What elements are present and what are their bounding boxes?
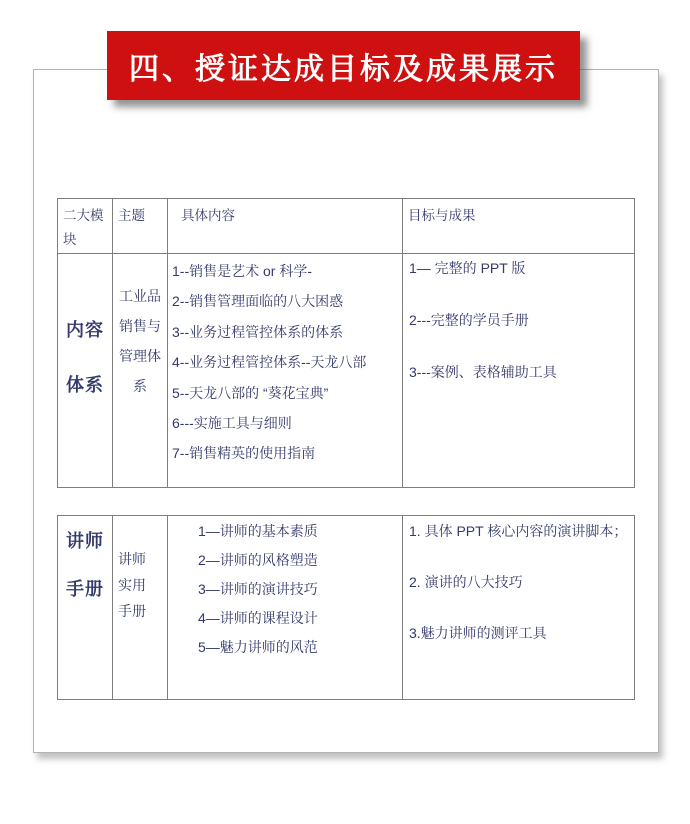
goals-cell: 1— 完整的 PPT 版 2---完整的学员手册 3---案例、表格辅助工具 xyxy=(403,254,635,488)
content-item: 1--销售是艺术 or 科学- xyxy=(172,256,398,286)
table-header-row: 二大模 块 主题 具体内容 目标与成果 xyxy=(58,199,635,254)
goal-item: 2---完整的学员手册 xyxy=(409,309,628,361)
goals-cell: 1. 具体 PPT 核心内容的演讲脚本； 2. 演讲的八大技巧 3.魅力讲师的测… xyxy=(403,516,635,700)
goal-item: 3---案例、表格辅助工具 xyxy=(409,361,628,413)
header-content: 具体内容 xyxy=(168,199,403,254)
title-banner: 四、授证达成目标及成果展示 xyxy=(107,31,580,100)
content-item: 4—讲师的课程设计 xyxy=(198,604,402,633)
goal-item: 3.魅力讲师的测评工具 xyxy=(409,622,628,673)
module-cell: 内容 体系 xyxy=(58,254,113,488)
table-row: 内容 体系 工业品 销售与 管理体 系 1--销售是艺术 or 科学- 2--销… xyxy=(58,254,635,488)
content-cell: 1—讲师的基本素质 2—讲师的风格塑造 3—讲师的演讲技巧 4—讲师的课程设计 … xyxy=(168,516,403,700)
goal-item: 1— 完整的 PPT 版 xyxy=(409,257,628,309)
header-goals: 目标与成果 xyxy=(403,199,635,254)
content-cell: 1--销售是艺术 or 科学- 2--销售管理面临的八大困惑 3--业务过程管控… xyxy=(168,254,403,488)
content-item: 2—讲师的风格塑造 xyxy=(198,546,402,575)
slide-canvas: 四、授证达成目标及成果展示 二大模 块 主题 具体内容 目标与成果 内容 体系 … xyxy=(0,0,690,824)
page-title: 四、授证达成目标及成果展示 xyxy=(129,44,558,88)
topic-cell: 讲师 实用 手册 xyxy=(113,516,168,700)
content-item: 4--业务过程管控体系--天龙八部 xyxy=(172,347,398,377)
table-row: 讲师 手册 讲师 实用 手册 1—讲师的基本素质 2—讲师的风格塑造 3—讲师的… xyxy=(58,516,635,700)
header-module: 二大模 块 xyxy=(58,199,113,254)
content-item: 1—讲师的基本素质 xyxy=(198,517,402,546)
content-item: 3--业务过程管控体系的体系 xyxy=(172,317,398,347)
content-item: 7--销售精英的使用指南 xyxy=(172,438,398,468)
content-item: 5—魅力讲师的风范 xyxy=(198,633,402,662)
lecturer-manual-table: 讲师 手册 讲师 实用 手册 1—讲师的基本素质 2—讲师的风格塑造 3—讲师的… xyxy=(57,515,635,700)
goal-item: 2. 演讲的八大技巧 xyxy=(409,571,628,622)
content-item: 2--销售管理面临的八大困惑 xyxy=(172,286,398,316)
module-cell: 讲师 手册 xyxy=(58,516,113,700)
content-system-table: 二大模 块 主题 具体内容 目标与成果 内容 体系 工业品 销售与 管理体 系 … xyxy=(57,198,635,488)
header-topic: 主题 xyxy=(113,199,168,254)
content-item: 6---实施工具与细则 xyxy=(172,408,398,438)
content-item: 5--天龙八部的 “葵花宝典” xyxy=(172,378,398,408)
topic-cell: 工业品 销售与 管理体 系 xyxy=(113,254,168,488)
goal-item: 1. 具体 PPT 核心内容的演讲脚本； xyxy=(409,520,628,571)
content-item: 3—讲师的演讲技巧 xyxy=(198,575,402,604)
